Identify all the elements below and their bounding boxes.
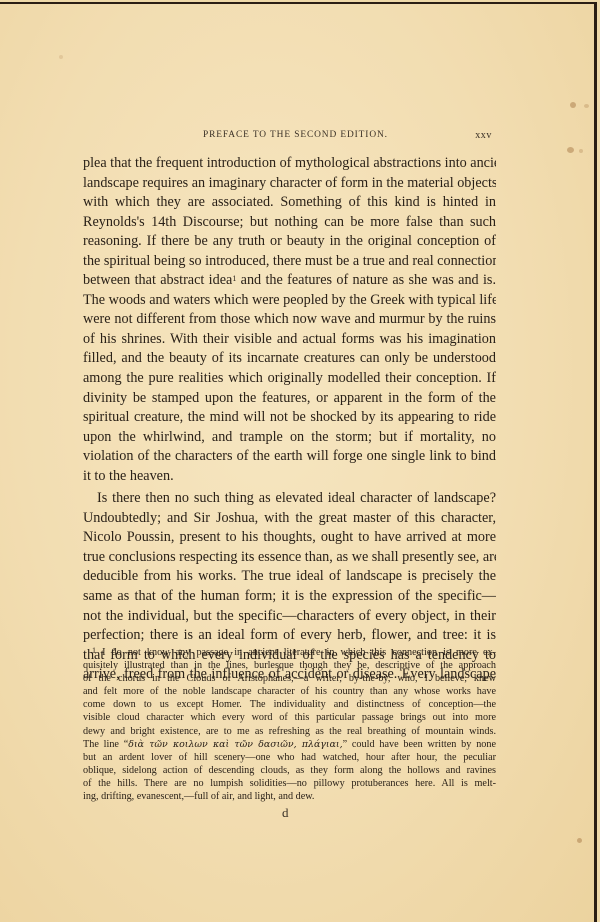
foxing-spot	[567, 147, 574, 153]
text-line: reasoning. If there be any truth or beau…	[83, 232, 496, 252]
foxing-spot	[570, 102, 576, 108]
footnote-line: oblique, sidelong action of descending c…	[83, 764, 496, 777]
text-line: filled, and the beauty of its incarnate …	[83, 349, 496, 369]
text-line: with which they are associated. Somethin…	[83, 193, 496, 213]
text-line: were not different from those which now …	[83, 310, 496, 330]
text-line-with-footnote-ref: between that abstract idea1 and the feat…	[83, 271, 496, 291]
footnote-greek-line: The line “διὰ τῶν κοιλων καὶ τῶν δασιῶν,…	[83, 738, 496, 751]
text-line: of his shrines. With their visible and a…	[83, 330, 496, 350]
foxing-spot	[584, 104, 589, 108]
text-line: landscape requires an imaginary characte…	[83, 174, 496, 194]
text-line: Is there then no such thing as elevated …	[83, 489, 496, 509]
book-page: PREFACE TO THE SECOND EDITION. xxv plea …	[0, 2, 597, 922]
text-line: not the individual, but the specific—cha…	[83, 607, 496, 627]
greek-quotation: διὰ τῶν κοιλων καὶ τῶν δασιῶν, πλάγιαι,	[128, 739, 342, 750]
text-line: Nicolo Poussin, present to his thoughts,…	[83, 528, 496, 548]
footnote-marker: 1	[92, 646, 96, 655]
text-line: divinity be stamped upon the features, o…	[83, 389, 496, 409]
text-fragment: ” could have been written by none	[343, 739, 496, 750]
footnote-line: and felt more of the noble landscape cha…	[83, 685, 496, 698]
text-fragment: between that abstract idea	[83, 272, 232, 288]
footnote-line: visible cloud character which every word…	[83, 711, 496, 724]
text-line: deducible from his works. The true ideal…	[83, 567, 496, 587]
footnote-line: of the hills. There are no lumpish solid…	[83, 777, 496, 790]
text-fragment: The line “	[83, 739, 128, 750]
footnote: 1 I do not know any passage in ancient l…	[83, 646, 496, 803]
text-line: same as that of the human form; it is th…	[83, 587, 496, 607]
text-line: perfection; there is an ideal form of ev…	[83, 626, 496, 646]
footnote-line: 1 I do not know any passage in ancient l…	[83, 646, 496, 659]
text-line: it to the heaven.	[83, 467, 496, 487]
text-line: The woods and waters which were peopled …	[83, 291, 496, 311]
text-line: spiritual creature, the mind will not be…	[83, 408, 496, 428]
signature-mark: d	[282, 805, 289, 821]
footnote-line: ing, drifting, evanescent,—full of air, …	[83, 790, 496, 803]
text-line: violation of the characters of the earth…	[83, 447, 496, 467]
paragraph-1: plea that the frequent introduction of m…	[83, 154, 496, 486]
text-fragment: I do not know any passage in ancient lit…	[102, 647, 496, 658]
main-text: plea that the frequent introduction of m…	[83, 154, 496, 685]
footnote-reference[interactable]: 1	[232, 274, 236, 283]
text-line: Undoubtedly; and Sir Joshua, with the gr…	[83, 509, 496, 529]
running-head: PREFACE TO THE SECOND EDITION. xxv	[83, 130, 496, 144]
text-fragment: and the features of nature as she was an…	[241, 272, 496, 288]
text-line: among the pure realities which originall…	[83, 369, 496, 389]
foxing-spot	[59, 55, 63, 59]
text-line: Reynolds's 14th Discourse; but nothing c…	[83, 213, 496, 233]
text-line: plea that the frequent introduction of m…	[83, 154, 496, 174]
foxing-spot	[577, 838, 582, 843]
page-number: xxv	[475, 130, 492, 141]
running-head-title: PREFACE TO THE SECOND EDITION.	[203, 130, 388, 140]
text-line: upon the whirlwind, and trample on the s…	[83, 428, 496, 448]
footnote-line: but an ardent lover of hill scenery—one …	[83, 751, 496, 764]
footnote-line: come down to us except Homer. The indivi…	[83, 698, 496, 711]
footnote-line: quisitely illustrated than in the lines,…	[83, 659, 496, 672]
footnote-line: of the chorus in the Clouds of Aristopha…	[83, 672, 496, 685]
foxing-spot	[579, 149, 583, 153]
text-line: true conclusions respecting its essence …	[83, 548, 496, 568]
footnote-line: dewy and bright existence, are to me as …	[83, 725, 496, 738]
text-line: the spiritual being so introduced, there…	[83, 252, 496, 272]
